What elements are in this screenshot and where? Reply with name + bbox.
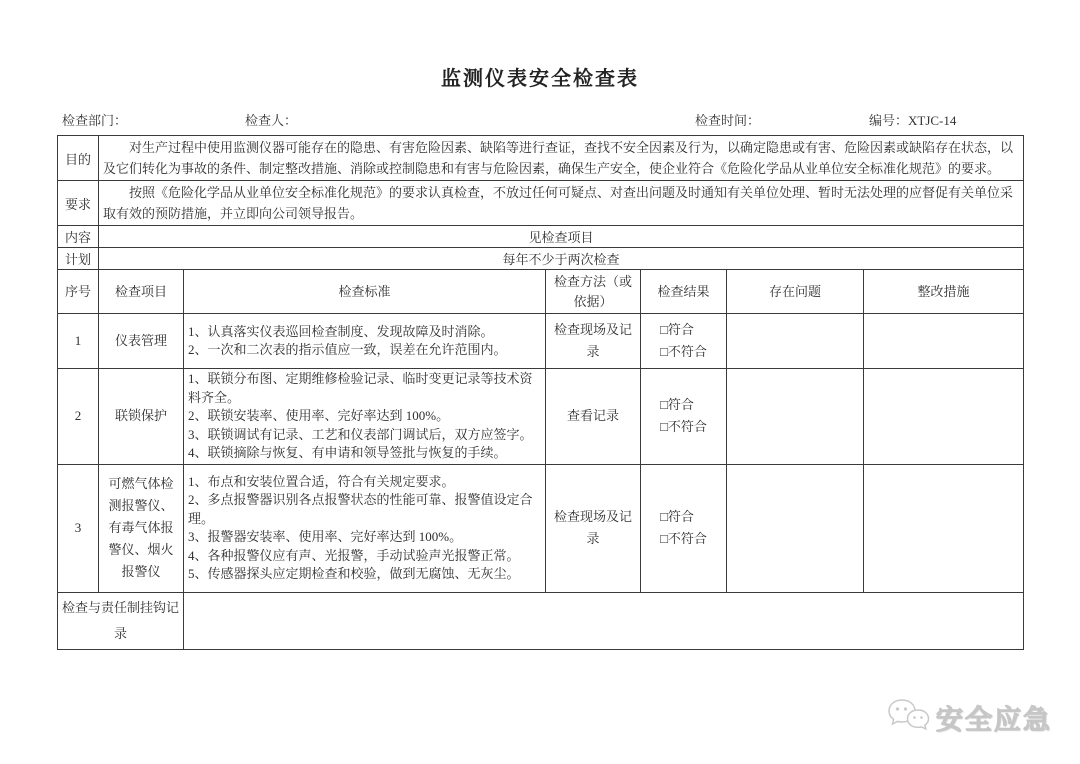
footer-label: 检查与责任制挂钩记录 [58, 592, 184, 649]
result-option-pass: □符合 [660, 506, 707, 528]
content-label: 内容 [58, 226, 99, 248]
standard-line: 3、报警器安装率、使用率、完好率达到 100%。 [188, 528, 541, 547]
standard-line: 4、各种报警仪应有声、光报警，手动试验声光报警正常。 [188, 547, 541, 566]
standard-line: 2、联锁安装率、使用率、完好率达到 100%。 [188, 407, 541, 426]
header-problem: 存在问题 [727, 270, 864, 314]
action-cell [864, 314, 1024, 369]
standard-line: 2、一次和二次表的指示值应一致，误差在允许范围内。 [188, 341, 541, 360]
item-cell: 可燃气体检测报警仪、有毒气体报警仪、烟火报警仪 [99, 464, 184, 592]
problem-cell [727, 464, 864, 592]
inspector-label: 检查人： [245, 110, 297, 129]
seq-cell: 1 [58, 314, 99, 369]
inspection-form-table: 目的 对生产过程中使用监测仪器可能存在的隐患、有害危险因素、缺陷等进行查证，查找… [57, 135, 1024, 650]
checklist-header-row: 序号 检查项目 检查标准 检查方法（或依据） 检查结果 存在问题 整改措施 [58, 270, 1024, 314]
header-item: 检查项目 [99, 270, 184, 314]
seq-cell: 3 [58, 464, 99, 592]
standards-cell: 1、联锁分布图、定期维修检验记录、临时变更记录等技术资料齐全。 2、联锁安装率、… [184, 369, 546, 465]
plan-text: 每年不少于两次检查 [99, 248, 1024, 270]
standards-cell: 1、认真落实仪表巡回检查制度、发现故障及时消除。 2、一次和二次表的指示值应一致… [184, 314, 546, 369]
action-cell [864, 464, 1024, 592]
content-row: 内容 见检查项目 [58, 226, 1024, 248]
purpose-row: 目的 对生产过程中使用监测仪器可能存在的隐患、有害危险因素、缺陷等进行查证，查找… [58, 136, 1024, 181]
standard-line: 1、联锁分布图、定期维修检验记录、临时变更记录等技术资料齐全。 [188, 370, 541, 407]
action-cell [864, 369, 1024, 465]
standard-line: 4、联锁摘除与恢复、有申请和领导签批与恢复的手续。 [188, 444, 541, 463]
checklist-row: 2 联锁保护 1、联锁分布图、定期维修检验记录、临时变更记录等技术资料齐全。 2… [58, 369, 1024, 465]
standard-line: 5、传感器探头应定期检查和校验，做到无腐蚀、无灰尘。 [188, 565, 541, 584]
result-cell: □符合 □不符合 [641, 369, 727, 465]
standard-line: 2、多点报警器识别各点报警状态的性能可靠、报警值设定合理。 [188, 491, 541, 528]
standard-line: 3、联锁调试有记录、工艺和仪表部门调试后，双方应签字。 [188, 426, 541, 445]
content-text: 见检查项目 [99, 226, 1024, 248]
chat-bubbles-icon [888, 698, 930, 737]
result-cell: □符合 □不符合 [641, 464, 727, 592]
result-option-pass: □符合 [660, 319, 707, 341]
standard-line: 1、布点和安装位置合适，符合有关规定要求。 [188, 473, 541, 492]
plan-label: 计划 [58, 248, 99, 270]
result-option-pass: □符合 [660, 394, 707, 416]
purpose-text: 对生产过程中使用监测仪器可能存在的隐患、有害危险因素、缺陷等进行查证，查找不安全… [103, 137, 1019, 179]
footer-row: 检查与责任制挂钩记录 [58, 592, 1024, 649]
result-option-fail: □不符合 [660, 416, 707, 438]
requirement-text-cell: 按照《危险化学品从业单位安全标准化规范》的要求认真检查，不放过任何可疑点、对查出… [99, 181, 1024, 226]
watermark: 安全应急 [888, 698, 1052, 737]
method-cell: 检查现场及记录 [546, 314, 641, 369]
header-result: 检查结果 [641, 270, 727, 314]
document-page: 监测仪表安全检查表 检查部门： 检查人： 检查时间： 编号：XTJC-14 目的… [0, 0, 1080, 764]
item-cell: 仪表管理 [99, 314, 184, 369]
plan-row: 计划 每年不少于两次检查 [58, 248, 1024, 270]
purpose-text-cell: 对生产过程中使用监测仪器可能存在的隐患、有害危险因素、缺陷等进行查证，查找不安全… [99, 136, 1024, 181]
standards-cell: 1、布点和安装位置合适，符合有关规定要求。 2、多点报警器识别各点报警状态的性能… [184, 464, 546, 592]
header-action: 整改措施 [864, 270, 1024, 314]
requirement-row: 要求 按照《危险化学品从业单位安全标准化规范》的要求认真检查，不放过任何可疑点、… [58, 181, 1024, 226]
result-option-fail: □不符合 [660, 528, 707, 550]
page-title: 监测仪表安全检查表 [0, 62, 1080, 91]
problem-cell [727, 369, 864, 465]
doc-number: 编号：XTJC-14 [869, 110, 956, 129]
watermark-text: 安全应急 [936, 698, 1052, 737]
checklist-row: 3 可燃气体检测报警仪、有毒气体报警仪、烟火报警仪 1、布点和安装位置合适，符合… [58, 464, 1024, 592]
time-label: 检查时间： [695, 110, 760, 129]
info-row: 检查部门： 检查人： 检查时间： 编号：XTJC-14 [57, 110, 1023, 132]
method-cell: 检查现场及记录 [546, 464, 641, 592]
dept-label: 检查部门： [62, 110, 127, 129]
requirement-text: 按照《危险化学品从业单位安全标准化规范》的要求认真检查，不放过任何可疑点、对查出… [103, 182, 1019, 224]
result-options: □符合 □不符合 [660, 394, 707, 438]
method-cell: 查看记录 [546, 369, 641, 465]
header-seq: 序号 [58, 270, 99, 314]
result-option-fail: □不符合 [660, 341, 707, 363]
item-cell: 联锁保护 [99, 369, 184, 465]
header-method: 检查方法（或依据） [546, 270, 641, 314]
requirement-label: 要求 [58, 181, 99, 226]
purpose-label: 目的 [58, 136, 99, 181]
result-options: □符合 □不符合 [660, 506, 707, 550]
checklist-row: 1 仪表管理 1、认真落实仪表巡回检查制度、发现故障及时消除。 2、一次和二次表… [58, 314, 1024, 369]
standard-line: 1、认真落实仪表巡回检查制度、发现故障及时消除。 [188, 323, 541, 342]
header-standard: 检查标准 [184, 270, 546, 314]
footer-value-cell [184, 592, 1024, 649]
result-cell: □符合 □不符合 [641, 314, 727, 369]
seq-cell: 2 [58, 369, 99, 465]
result-options: □符合 □不符合 [660, 319, 707, 363]
problem-cell [727, 314, 864, 369]
